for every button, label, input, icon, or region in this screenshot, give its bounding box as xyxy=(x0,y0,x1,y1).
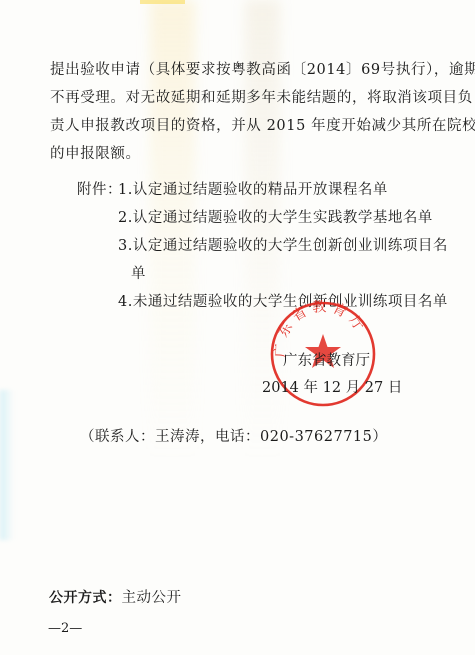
disclosure-line: 公开方式：主动公开 xyxy=(49,589,182,607)
disclosure-label: 公开方式： xyxy=(49,590,122,606)
contact-info: （联系人：王涛涛，电话：020-37627715） xyxy=(80,428,387,446)
attachments-label: 附件： xyxy=(77,181,122,199)
page-number: —2— xyxy=(48,621,82,637)
signature-date: 2014 年 12 月 27 日 xyxy=(262,379,402,397)
paragraph-line-1: 提出验收申请（具体要求按粤教高函〔2014〕69号执行），逾期 xyxy=(50,61,435,79)
scan-tint-blue-edge xyxy=(0,390,14,540)
paragraph-line-3: 责人申报教改项目的资格，并从 2015 年度开始减少其所在院校 xyxy=(50,117,435,135)
attachment-item-2: 2.认定通过结题验收的大学生实践教学基地名单 xyxy=(118,209,433,227)
scan-tint-top-mark xyxy=(140,0,185,4)
disclosure-value: 主动公开 xyxy=(122,590,182,606)
paragraph-line-2: 不再受理。对无故延期和延期多年未能结题的，将取消该项目负 xyxy=(50,89,435,107)
attachment-item-1: 1.认定通过结题验收的精品开放课程名单 xyxy=(118,181,388,199)
attachment-item-3-continuation: 单 xyxy=(131,265,146,283)
signature-organization: 广东省教育厅 xyxy=(283,352,370,370)
attachment-item-3: 3.认定通过结题验收的大学生创新创业训练项目名 xyxy=(118,237,448,255)
paragraph-line-4: 的申报限额。 xyxy=(50,145,435,163)
